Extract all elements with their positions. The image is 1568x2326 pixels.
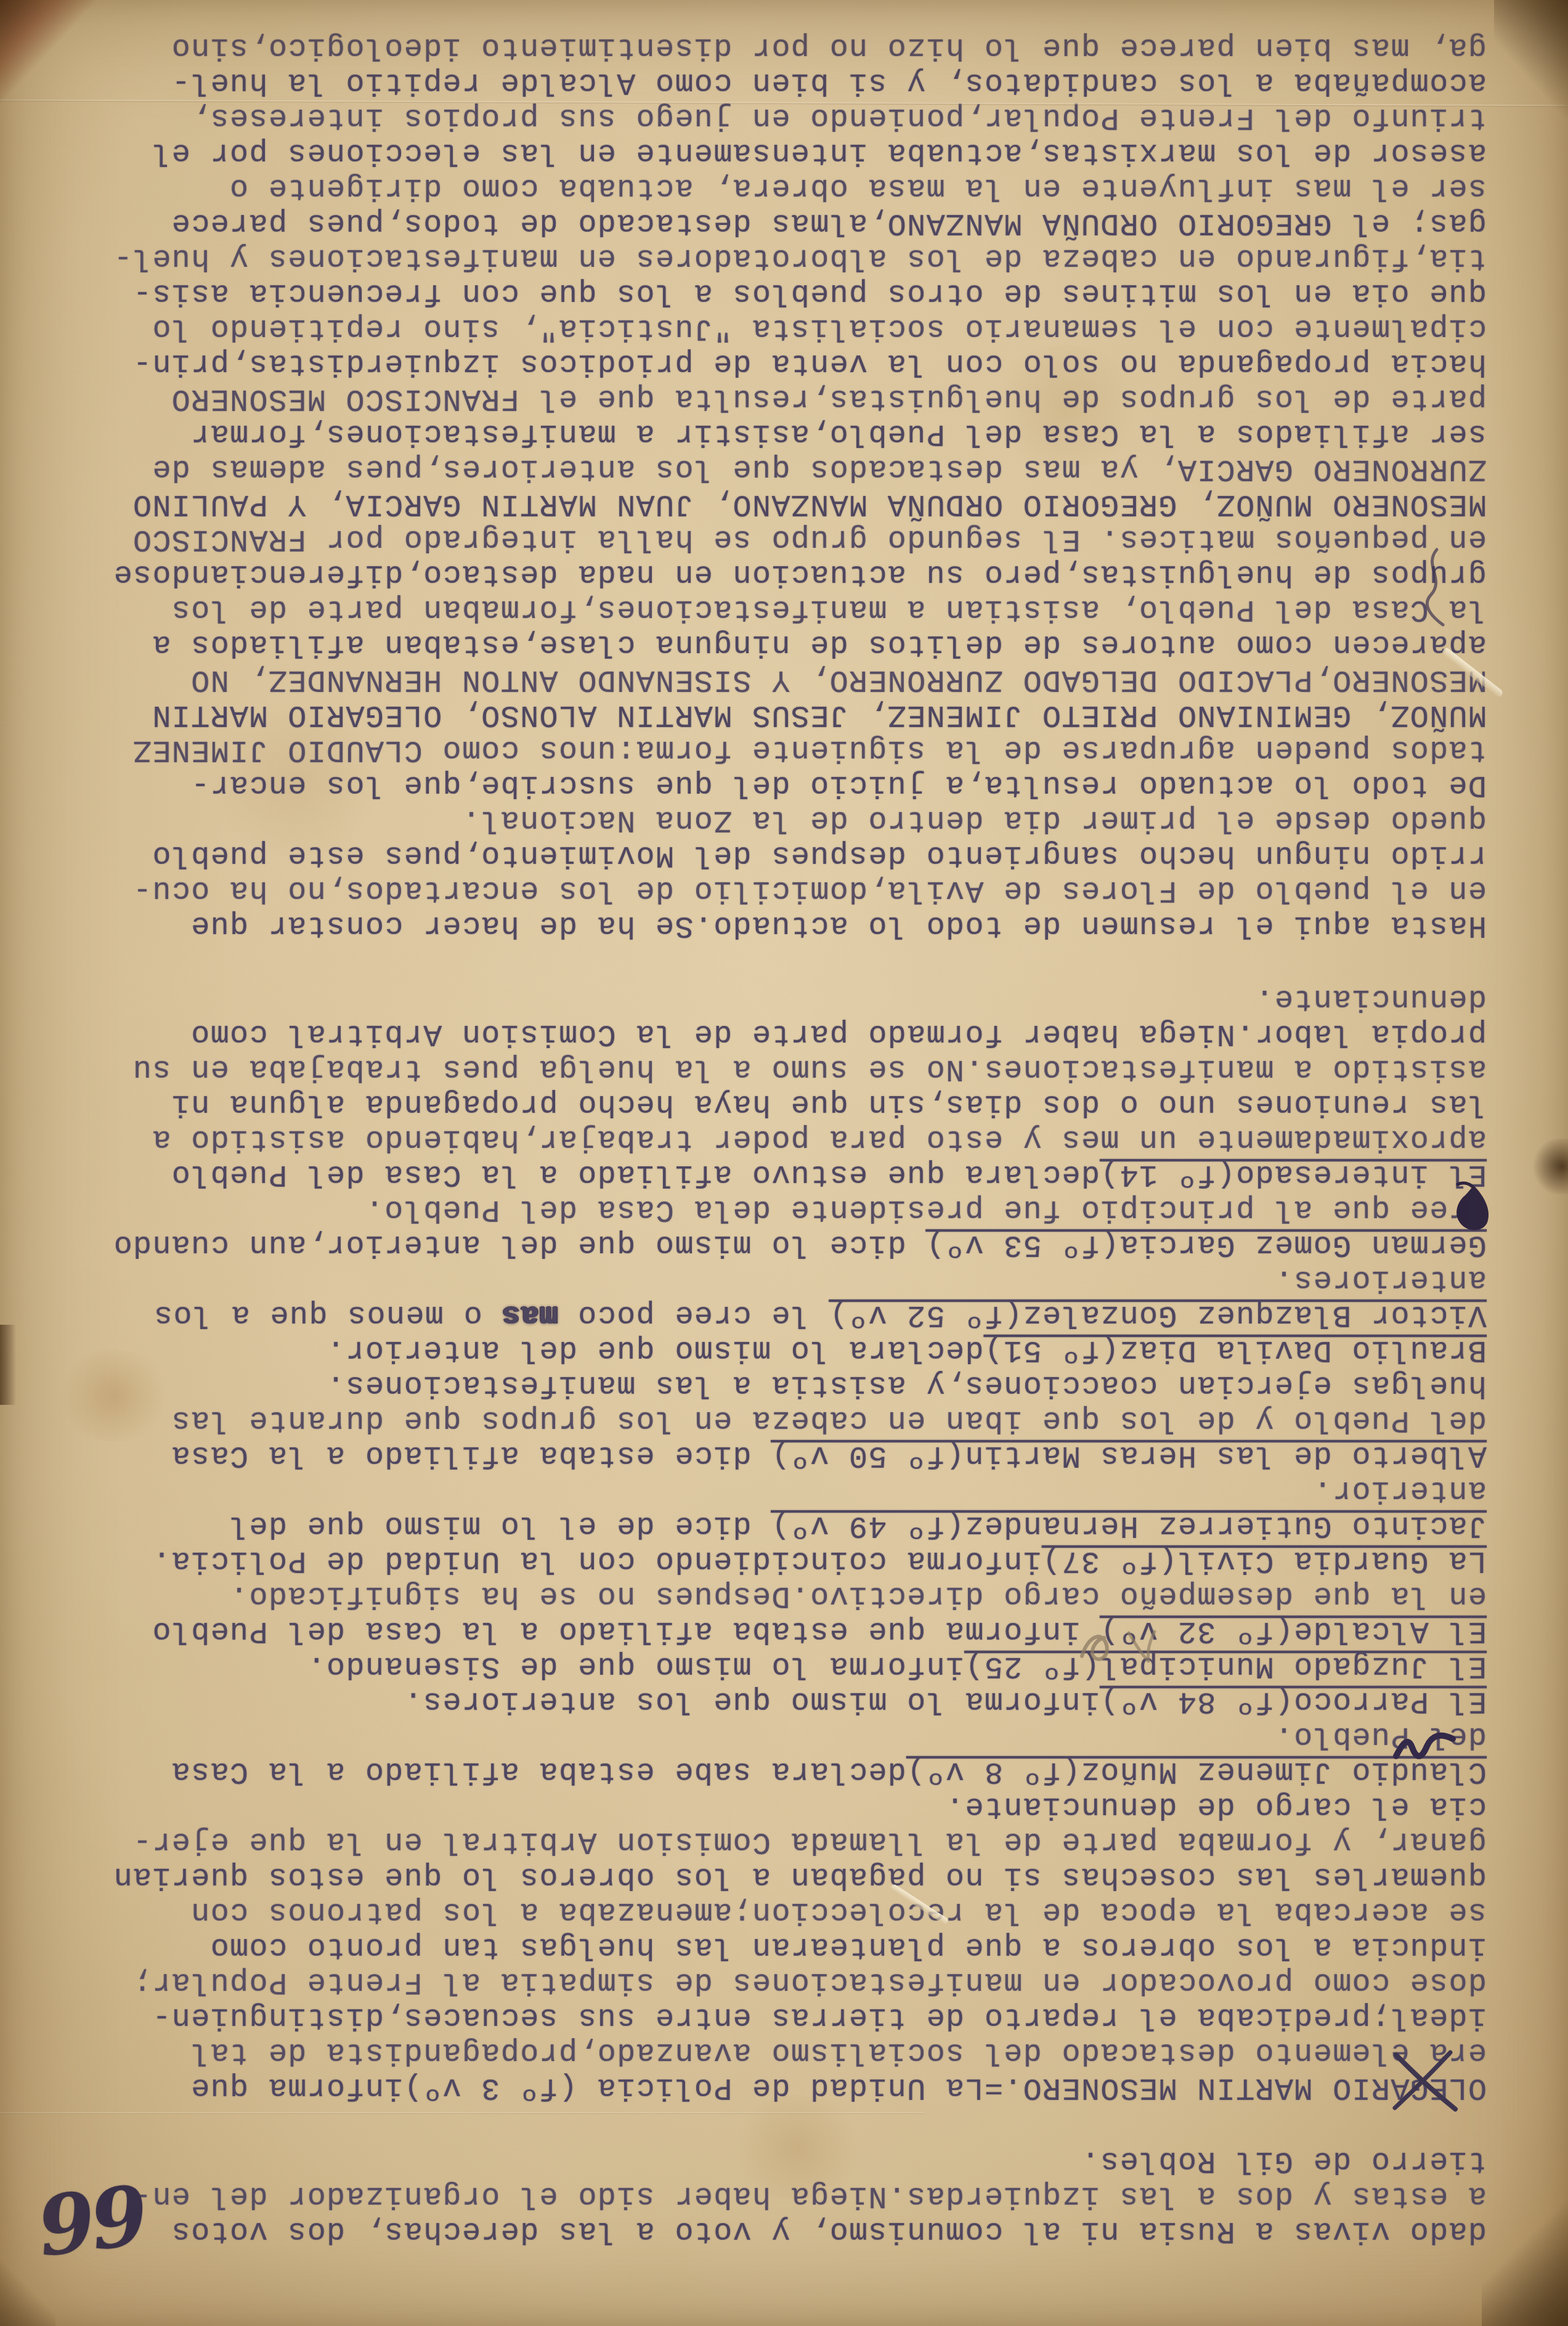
scan-vignette [0, 0, 1568, 2326]
scanned-document-page: dado vivas a Rusia ni al comunismo, y vo… [0, 0, 1568, 2326]
